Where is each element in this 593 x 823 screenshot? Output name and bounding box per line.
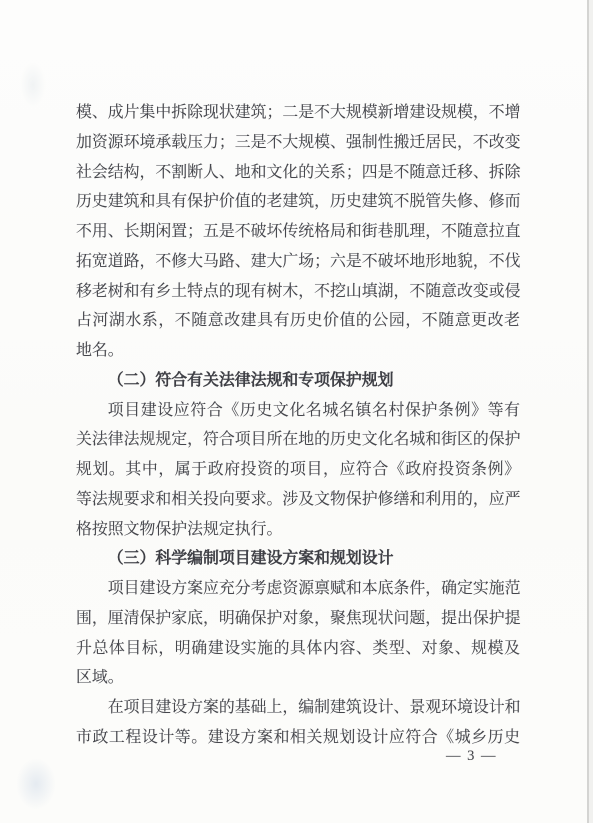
text-line: 等法规要求和相关投向要求。涉及文物保护修缮和利用的，应严 (76, 485, 520, 515)
section-heading-2: （二）符合有关法律法规和专项保护规划 (76, 366, 520, 396)
text-line: 拓宽道路，不修大马路、建大广场；六是不破坏地形地貌，不伐 (76, 247, 520, 277)
scan-smudge-artifact (16, 758, 56, 810)
document-text-block: 模、成片集中拆除现状建筑；二是不大规模新增建设规模，不增 加资源环境承载压力；三… (76, 98, 520, 753)
text-line: 关法律法规规定，符合项目所在地的历史文化名城和街区的保护 (76, 425, 520, 455)
section-heading-3: （三）科学编制项目建设方案和规划设计 (76, 544, 520, 574)
text-line: 规划。其中，属于政府投资的项目，应符合《政府投资条例》 (76, 455, 520, 485)
text-line: 加资源环境承载压力；三是不大规模、强制性搬迁居民，不改变 (76, 128, 520, 158)
scanned-document-page: 模、成片集中拆除现状建筑；二是不大规模新增建设规模，不增 加资源环境承载压力；三… (0, 0, 593, 823)
text-line: 地名。 (76, 336, 520, 366)
text-line: 区域。 (76, 663, 520, 693)
text-line: 占河湖水系，不随意改建具有历史价值的公园，不随意更改老 (76, 306, 520, 336)
text-line: 在项目建设方案的基础上，编制建筑设计、景观环境设计和 (76, 693, 520, 723)
text-line: 项目建设方案应充分考虑资源禀赋和本底条件，确定实施范 (76, 574, 520, 604)
text-line: 移老树和有乡土特点的现有树木，不挖山填湖，不随意改变或侵 (76, 277, 520, 307)
page-edge-strip (589, 0, 593, 823)
text-line: 历史建筑和具有保护价值的老建筑，历史建筑不脱管失修、修而 (76, 187, 520, 217)
text-line: 不用、长期闲置；五是不破坏传统格局和街巷肌理，不随意拉直 (76, 217, 520, 247)
text-line: 项目建设应符合《历史文化名城名镇名村保护条例》等有 (76, 396, 520, 426)
text-line: 升总体目标，明确建设实施的具体内容、类型、对象、规模及 (76, 634, 520, 664)
text-line: 围，厘清保护家底，明确保护对象，聚焦现状问题，提出保护提 (76, 604, 520, 634)
text-line: 格按照文物保护法规定执行。 (76, 515, 520, 545)
text-line: 模、成片集中拆除现状建筑；二是不大规模新增建设规模，不增 (76, 98, 520, 128)
page-edge-line (587, 0, 589, 823)
scan-smudge-artifact (20, 62, 46, 108)
page-number: — 3 — (446, 748, 497, 764)
text-line: 社会结构，不割断人、地和文化的关系；四是不随意迁移、拆除 (76, 158, 520, 188)
